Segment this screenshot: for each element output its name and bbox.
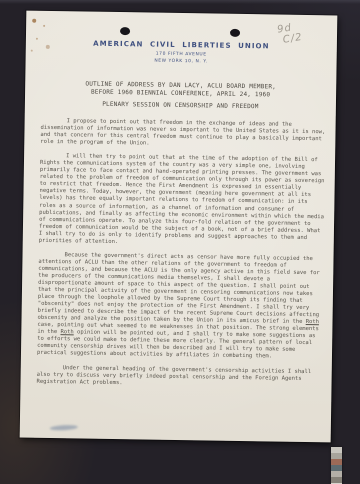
paragraph-4: Under the general heading of the governm… bbox=[36, 364, 321, 390]
letterhead: AMERICAN CIVIL LIBERTIES UNION 170 FIFTH… bbox=[26, 39, 337, 67]
foxing-spots bbox=[32, 19, 36, 23]
scan-background: 9d C/2 AMERICAN CIVIL LIBERTIES UNION 17… bbox=[0, 0, 360, 484]
paragraph-1: I propose to point out that freedom in t… bbox=[40, 118, 325, 151]
calibration-segment bbox=[331, 477, 342, 483]
punch-hole-right bbox=[230, 29, 240, 37]
paragraph-2: I will then try to point out that at the… bbox=[39, 153, 325, 249]
session-title: PLENARY SESSION ON CENSORSHIP AND FREEDO… bbox=[25, 100, 336, 112]
color-calibration-strip bbox=[331, 447, 342, 484]
document-body: I propose to point out that freedom in t… bbox=[20, 118, 335, 397]
document-page: 9d C/2 AMERICAN CIVIL LIBERTIES UNION 17… bbox=[20, 11, 338, 443]
ink-smudge bbox=[50, 424, 78, 431]
punch-hole-left bbox=[120, 27, 130, 35]
paragraph-3: Because the government's direct acts as … bbox=[37, 252, 324, 362]
document-title: OUTLINE OF ADDRESS BY DAN LACY, ACLU BOA… bbox=[25, 80, 336, 112]
